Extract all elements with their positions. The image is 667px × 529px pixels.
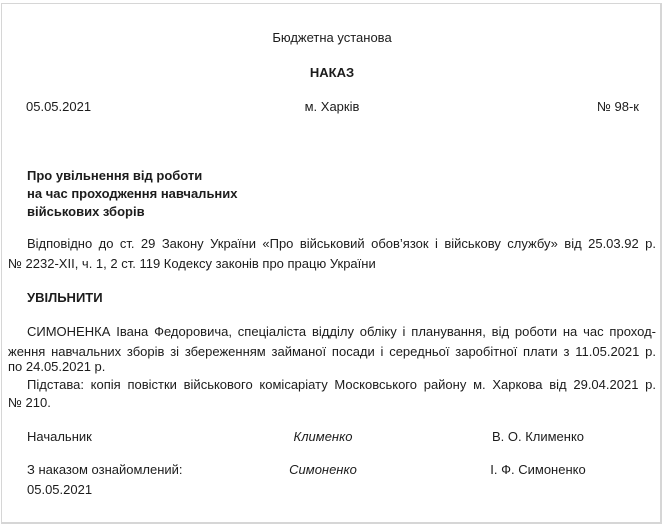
document-number: № 98-к (597, 97, 639, 117)
acknowledgement-label: З наказом ознайомлений: (27, 460, 183, 480)
signatory-name: І. Ф. Симоненко (490, 460, 585, 480)
subject-line: Про увільнення від роботи (27, 167, 202, 185)
order-directive: УВІЛЬНИТИ (27, 288, 103, 308)
document-city: м. Харків (305, 97, 360, 117)
document-date: 05.05.2021 (26, 97, 91, 117)
document-type-title: НАКАЗ (310, 63, 354, 83)
signature: Симоненко (289, 460, 357, 480)
paragraph-line: Підстава: копія повістки військового ком… (27, 375, 656, 395)
paragraph-line: СИМОНЕНКА Івана Федоровича, спеціаліста … (27, 322, 656, 342)
paragraph-line: по 24.05.2021 р. (8, 357, 656, 377)
paragraph-line: Відповідно до ст. 29 Закону України «Про… (27, 234, 656, 254)
signatory-position: Начальник (27, 427, 92, 447)
paragraph-line: № 210. (8, 393, 656, 413)
signatory-name: В. О. Клименко (492, 427, 584, 447)
subject-line: військових зборів (27, 203, 145, 221)
acknowledgement-date: 05.05.2021 (27, 480, 92, 500)
organization-name: Бюджетна установа (272, 28, 391, 48)
paragraph-line: № 2232-XII, ч. 1, 2 ст. 119 Кодексу зако… (8, 254, 656, 274)
subject-line: на час проходження навчальних (27, 185, 238, 203)
signature: Клименко (294, 427, 353, 447)
